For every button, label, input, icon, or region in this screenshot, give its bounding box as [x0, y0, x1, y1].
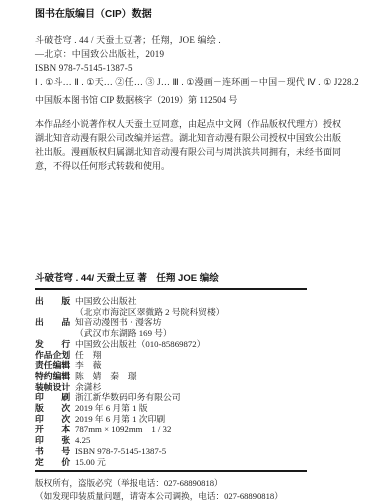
- footer-notices: 版权所有，盗版必究（举报电话：027-68890818） （如发现印装质量问题，…: [35, 477, 342, 503]
- colophon-value: ISBN 978-7-5145-1387-5: [75, 446, 166, 457]
- cip-registration-number: 中国版本图书馆 CIP 数据核字（2019）第 112504 号: [35, 94, 342, 107]
- colophon-label: [35, 328, 75, 339]
- divider-top: [35, 288, 307, 290]
- colophon-row: 作品企划 任 翔: [35, 350, 342, 361]
- colophon-row: 开 本 787mm × 1092mm 1 / 32: [35, 424, 342, 435]
- colophon-label: [35, 307, 75, 318]
- colophon-value: 15.00 元: [75, 457, 106, 468]
- colophon-value: 陈 婧 秦 璟: [75, 371, 137, 382]
- colophon-row: 责任编辑 李 薇: [35, 360, 342, 371]
- colophon-table: 出 版 中国致公出版社 （北京市海淀区翠微路 2 号院科贸楼） 出 品 知音动漫…: [35, 296, 342, 467]
- cip-copyright-page: 图书在版编目（CIP）数据 斗破苍穹 . 44 / 天蚕土豆著；任翔，JOE 编…: [0, 0, 375, 504]
- colophon-row: 印 次 2019 年 6 月第 1 次印刷: [35, 414, 342, 425]
- colophon-label: 版 次: [35, 403, 75, 414]
- cip-record-line: ISBN 978-7-5145-1387-5: [35, 61, 342, 75]
- colophon-value: 2019 年 6 月第 1 次印刷: [75, 414, 165, 425]
- colophon-value: 知音动漫图书 · 漫客坊: [75, 317, 162, 328]
- footer-notice-line: 版权所有，盗版必究（举报电话：027-68890818）: [35, 477, 342, 490]
- colophon-label: 出 版: [35, 296, 75, 307]
- colophon-value: （北京市海淀区翠微路 2 号院科贸楼）: [75, 307, 225, 318]
- colophon-label: 特约编辑: [35, 371, 75, 382]
- colophon-row: 版 次 2019 年 6 月第 1 版: [35, 403, 342, 414]
- colophon-label: 开 本: [35, 424, 75, 435]
- colophon-value: （武汉市东湖路 169 号）: [75, 328, 172, 339]
- cip-record-line: Ⅰ . ①斗… Ⅱ . ①天… ②任… ③ J… Ⅲ . ①漫画－连环画－中国－…: [35, 75, 342, 89]
- colophon-value: 李 薇: [75, 360, 101, 371]
- cip-record-block: 斗破苍穹 . 44 / 天蚕土豆著；任翔，JOE 编绘 . —北京：中国致公出版…: [35, 33, 342, 89]
- colophon-value: 787mm × 1092mm 1 / 32: [75, 424, 171, 435]
- divider-bottom: [35, 470, 307, 472]
- colophon-row: 定 价 15.00 元: [35, 457, 342, 468]
- colophon-value: 中国致公出版社: [75, 296, 137, 307]
- colophon-row: （北京市海淀区翠微路 2 号院科贸楼）: [35, 307, 342, 318]
- colophon-row: 出 版 中国致公出版社: [35, 296, 342, 307]
- colophon-row: 出 品 知音动漫图书 · 漫客坊: [35, 317, 342, 328]
- colophon-label: 印 张: [35, 435, 75, 446]
- colophon-label: 印 刷: [35, 392, 75, 403]
- colophon-label: 书 号: [35, 446, 75, 457]
- colophon-value: 4.25: [75, 435, 90, 446]
- colophon-value: 中国致公出版社（010-85869872）: [75, 339, 206, 350]
- colophon-row: 印 张 4.25: [35, 435, 342, 446]
- book-title-line: 斗破苍穹 . 44/ 天蚕土豆 著 任翔 JOE 编绘: [35, 273, 342, 285]
- colophon-row: 印 刷 浙江新华数码印务有限公司: [35, 392, 342, 403]
- copyright-notice: 本作品经小说著作权人天蚕土豆同意，由起点中文网（作品版权代理方）授权湖北知音动漫…: [35, 117, 341, 173]
- colophon-label: 责任编辑: [35, 360, 75, 371]
- colophon-value: 任 翔: [75, 350, 101, 361]
- footer-notice-line: （如发现印装质量问题，请寄本公司调换，电话：027-68890818）: [35, 490, 342, 503]
- colophon-row: 装帧设计 余潇杉: [35, 382, 342, 393]
- colophon-label: 装帧设计: [35, 382, 75, 393]
- cip-record-line: 斗破苍穹 . 44 / 天蚕土豆著；任翔，JOE 编绘 .: [35, 33, 342, 47]
- colophon-label: 印 次: [35, 414, 75, 425]
- colophon-value: 浙江新华数码印务有限公司: [75, 392, 181, 403]
- colophon-row: 书 号 ISBN 978-7-5145-1387-5: [35, 446, 342, 457]
- colophon-row: 发 行 中国致公出版社（010-85869872）: [35, 339, 342, 350]
- colophon-label: 发 行: [35, 339, 75, 350]
- colophon-label: 作品企划: [35, 350, 75, 361]
- colophon-row: （武汉市东湖路 169 号）: [35, 328, 342, 339]
- colophon-value: 余潇杉: [75, 382, 101, 393]
- cip-heading: 图书在版编目（CIP）数据: [35, 8, 342, 22]
- colophon-row: 特约编辑 陈 婧 秦 璟: [35, 371, 342, 382]
- cip-record-line: —北京：中国致公出版社，2019: [35, 47, 342, 61]
- colophon-label: 定 价: [35, 457, 75, 468]
- colophon-label: 出 品: [35, 317, 75, 328]
- colophon-value: 2019 年 6 月第 1 版: [75, 403, 148, 414]
